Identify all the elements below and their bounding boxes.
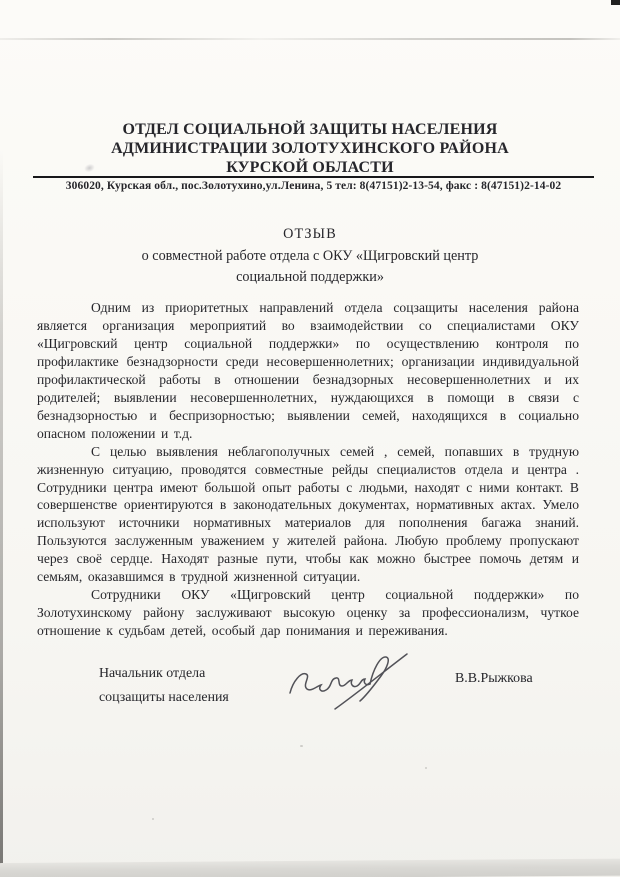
signatory-position: Начальник отдела соцзащиты населения (99, 662, 229, 709)
paper-speck (300, 745, 303, 747)
document-subtitle-line-2: социальной поддержки» (0, 267, 620, 288)
document-subtitle: о совместной работе отдела с ОКУ «Щигров… (0, 246, 620, 288)
document-title: ОТЗЫВ (0, 226, 620, 243)
letterhead-address: 306020, Курская обл., пос.Золотухино,ул.… (33, 180, 594, 192)
letterhead-line-2: АДМИНИСТРАЦИИ ЗОЛОТУХИНСКОГО РАЙОНА (0, 140, 620, 159)
letterhead-divider (33, 176, 594, 178)
letterhead-line-1: ОТДЕЛ СОЦИАЛЬНОЙ ЗАЩИТЫ НАСЕЛЕНИЯ (0, 121, 620, 140)
signatory-position-line-1: Начальник отдела (99, 662, 229, 686)
paper-speck (152, 818, 154, 820)
page-bottom-edge (0, 859, 620, 877)
body-paragraph: Сотрудники ОКУ «Щигровский центр социаль… (37, 586, 579, 640)
document-subtitle-line-1: о совместной работе отдела с ОКУ «Щигров… (0, 246, 620, 267)
scan-streak-artifact (0, 38, 620, 40)
scan-corner-mark (611, 0, 620, 5)
signatory-name: В.В.Рыжкова (455, 671, 533, 687)
letterhead-line-3: КУРСКОЙ ОБЛАСТИ (0, 159, 620, 178)
letter-body: Одним из приоритетных направлений отдела… (37, 299, 579, 640)
handwritten-signature-image (284, 648, 420, 714)
body-paragraph: Одним из приоритетных направлений отдела… (37, 299, 579, 443)
scanned-letter-page: ОТДЕЛ СОЦИАЛЬНОЙ ЗАЩИТЫ НАСЕЛЕНИЯ АДМИНИ… (0, 0, 620, 877)
letterhead: ОТДЕЛ СОЦИАЛЬНОЙ ЗАЩИТЫ НАСЕЛЕНИЯ АДМИНИ… (0, 121, 620, 177)
body-paragraph: С целью выявления неблагополучных семей … (37, 443, 579, 587)
paper-speck (425, 767, 427, 769)
signatory-position-line-2: соцзащиты населения (99, 686, 229, 710)
